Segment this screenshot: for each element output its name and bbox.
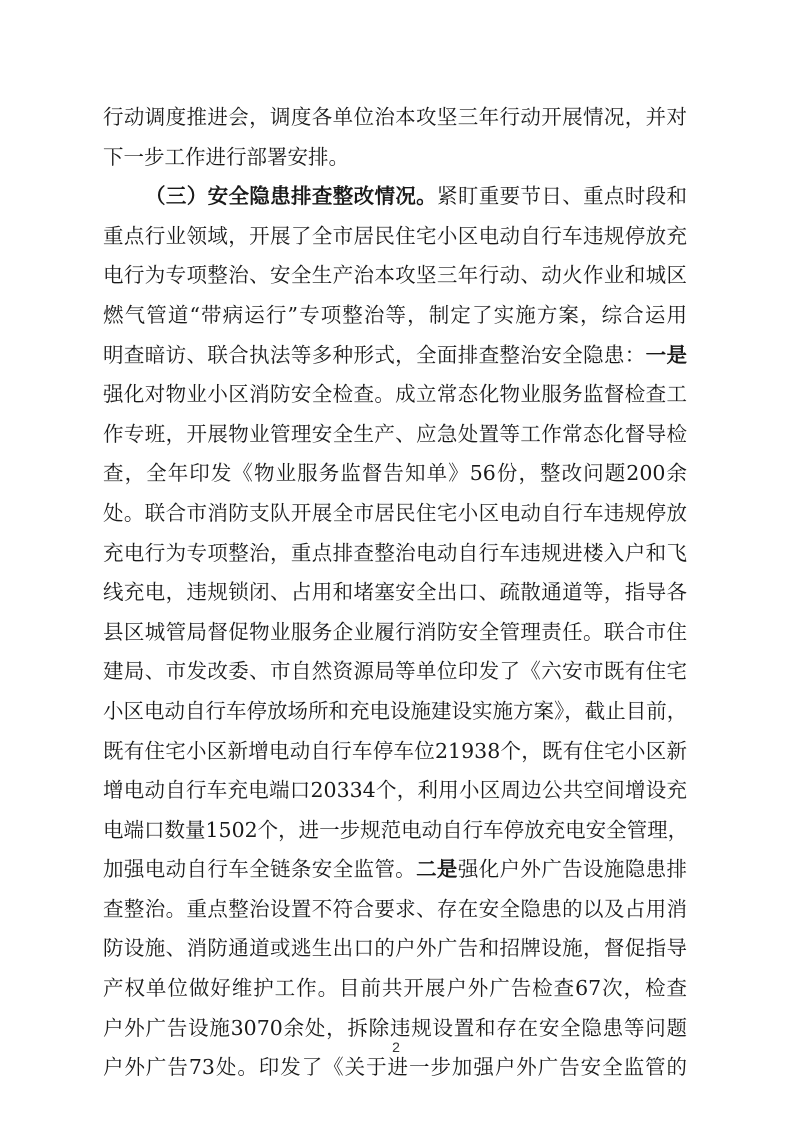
text-segment: 户外广告73处。印发了《关于进一步加强户外广告安全监管的 [103,1055,687,1079]
bold-text-segment: 一是 [646,343,687,367]
body-text: 行动调度推进会，调度各单位治本攻坚三年行动开展情况，并对下一步工作进行部署安排。… [103,98,687,1088]
text-line: 电端口数量1502个，进一步规范电动自行车停放充电安全管理， [103,811,687,851]
text-line: 重点行业领域，开展了全市居民住宅小区电动自行车违规停放充 [103,217,687,257]
text-line: （三）安全隐患排查整改情况。紧盯重要节日、重点时段和 [103,177,687,217]
text-segment: 建局、市发改委、市自然资源局等单位印发了《六安市既有住宅 [103,659,687,683]
text-line: 查，全年印发《物业服务监督告知单》56份，整改问题200余 [103,454,687,494]
text-line: 建局、市发改委、市自然资源局等单位印发了《六安市既有住宅 [103,652,687,692]
text-segment: 行动调度推进会，调度各单位治本攻坚三年行动开展情况，并对 [103,105,687,129]
text-line: 充电行为专项整治，重点排查整治电动自行车违规进楼入户和飞 [103,534,687,574]
text-segment: 既有住宅小区新增电动自行车停车位21938个，既有住宅小区新 [103,739,687,763]
text-segment: 处。联合市消防支队开展全市居民住宅小区电动自行车违规停放 [103,501,687,525]
text-segment: 下一步工作进行部署安排。 [103,145,349,169]
text-segment: 重点行业领域，开展了全市居民住宅小区电动自行车违规停放充 [103,224,687,248]
text-segment: 强化户外广告设施隐患排 [458,857,687,881]
text-line: 增电动自行车充电端口20334个，利用小区周边公共空间增设充 [103,771,687,811]
text-line: 燃气管道“带病运行”专项整治等，制定了实施方案，综合运用 [103,296,687,336]
text-line: 线充电，违规锁闭、占用和堵塞安全出口、疏散通道等，指导各 [103,573,687,613]
text-segment: 作专班，开展物业管理安全生产、应急处置等工作常态化督导检 [103,422,687,446]
text-segment: 小区电动自行车停放场所和充电设施建设实施方案》，截止目前， [103,699,687,723]
page-number: 2 [389,1039,403,1055]
text-segment: 燃气管道“带病运行”专项整治等，制定了实施方案，综合运用 [103,303,687,327]
text-line: 防设施、消防通道或逃生出口的户外广告和招牌设施，督促指导 [103,929,687,969]
text-segment: 防设施、消防通道或逃生出口的户外广告和招牌设施，督促指导 [103,936,687,960]
text-line: 查整治。重点整治设置不符合要求、存在安全隐患的以及占用消 [103,890,687,930]
text-segment: 电端口数量1502个，进一步规范电动自行车停放充电安全管理， [103,818,688,842]
bold-text-segment: （三）安全隐患排查整改情况。 [145,184,437,208]
text-segment: 强化对物业小区消防安全检查。成立常态化物业服务监督检查工 [103,382,687,406]
bold-text-segment: 二是 [416,857,458,881]
text-line: 下一步工作进行部署安排。 [103,138,687,178]
text-line: 强化对物业小区消防安全检查。成立常态化物业服务监督检查工 [103,375,687,415]
text-line: 县区城管局督促物业服务企业履行消防安全管理责任。联合市住 [103,613,687,653]
text-segment: 电行为专项整治、安全生产治本攻坚三年行动、动火作业和城区 [103,263,687,287]
text-segment: 充电行为专项整治，重点排查整治电动自行车违规进楼入户和飞 [103,541,687,565]
text-line: 既有住宅小区新增电动自行车停车位21938个，既有住宅小区新 [103,732,687,772]
text-line: 加强电动自行车全链条安全监管。二是强化户外广告设施隐患排 [103,850,687,890]
text-segment: 查整治。重点整治设置不符合要求、存在安全隐患的以及占用消 [103,897,687,921]
text-segment: 紧盯重要节日、重点时段和 [437,184,687,208]
text-segment: 查，全年印发《物业服务监督告知单》56份，整改问题200余 [103,461,687,485]
document-page: 行动调度推进会，调度各单位治本攻坚三年行动开展情况，并对下一步工作进行部署安排。… [0,0,793,1122]
text-line: 处。联合市消防支队开展全市居民住宅小区电动自行车违规停放 [103,494,687,534]
text-line: 行动调度推进会，调度各单位治本攻坚三年行动开展情况，并对 [103,98,687,138]
text-segment: 增电动自行车充电端口20334个，利用小区周边公共空间增设充 [103,778,687,802]
text-segment: 加强电动自行车全链条安全监管。 [103,857,416,881]
text-segment: 县区城管局督促物业服务企业履行消防安全管理责任。联合市住 [103,620,687,644]
text-line: 明查暗访、联合执法等多种形式，全面排查整治安全隐患：一是 [103,336,687,376]
text-line: 电行为专项整治、安全生产治本攻坚三年行动、动火作业和城区 [103,256,687,296]
text-segment: 产权单位做好维护工作。目前共开展户外广告检查67次，检查 [103,976,687,1000]
text-line: 小区电动自行车停放场所和充电设施建设实施方案》，截止目前， [103,692,687,732]
text-segment: 线充电，违规锁闭、占用和堵塞安全出口、疏散通道等，指导各 [103,580,687,604]
text-line: 作专班，开展物业管理安全生产、应急处置等工作常态化督导检 [103,415,687,455]
text-segment: 户外广告设施3070余处，拆除违规设置和存在安全隐患等问题 [103,1016,687,1040]
text-line: 产权单位做好维护工作。目前共开展户外广告检查67次，检查 [103,969,687,1009]
text-segment: 明查暗访、联合执法等多种形式，全面排查整治安全隐患： [103,343,646,367]
